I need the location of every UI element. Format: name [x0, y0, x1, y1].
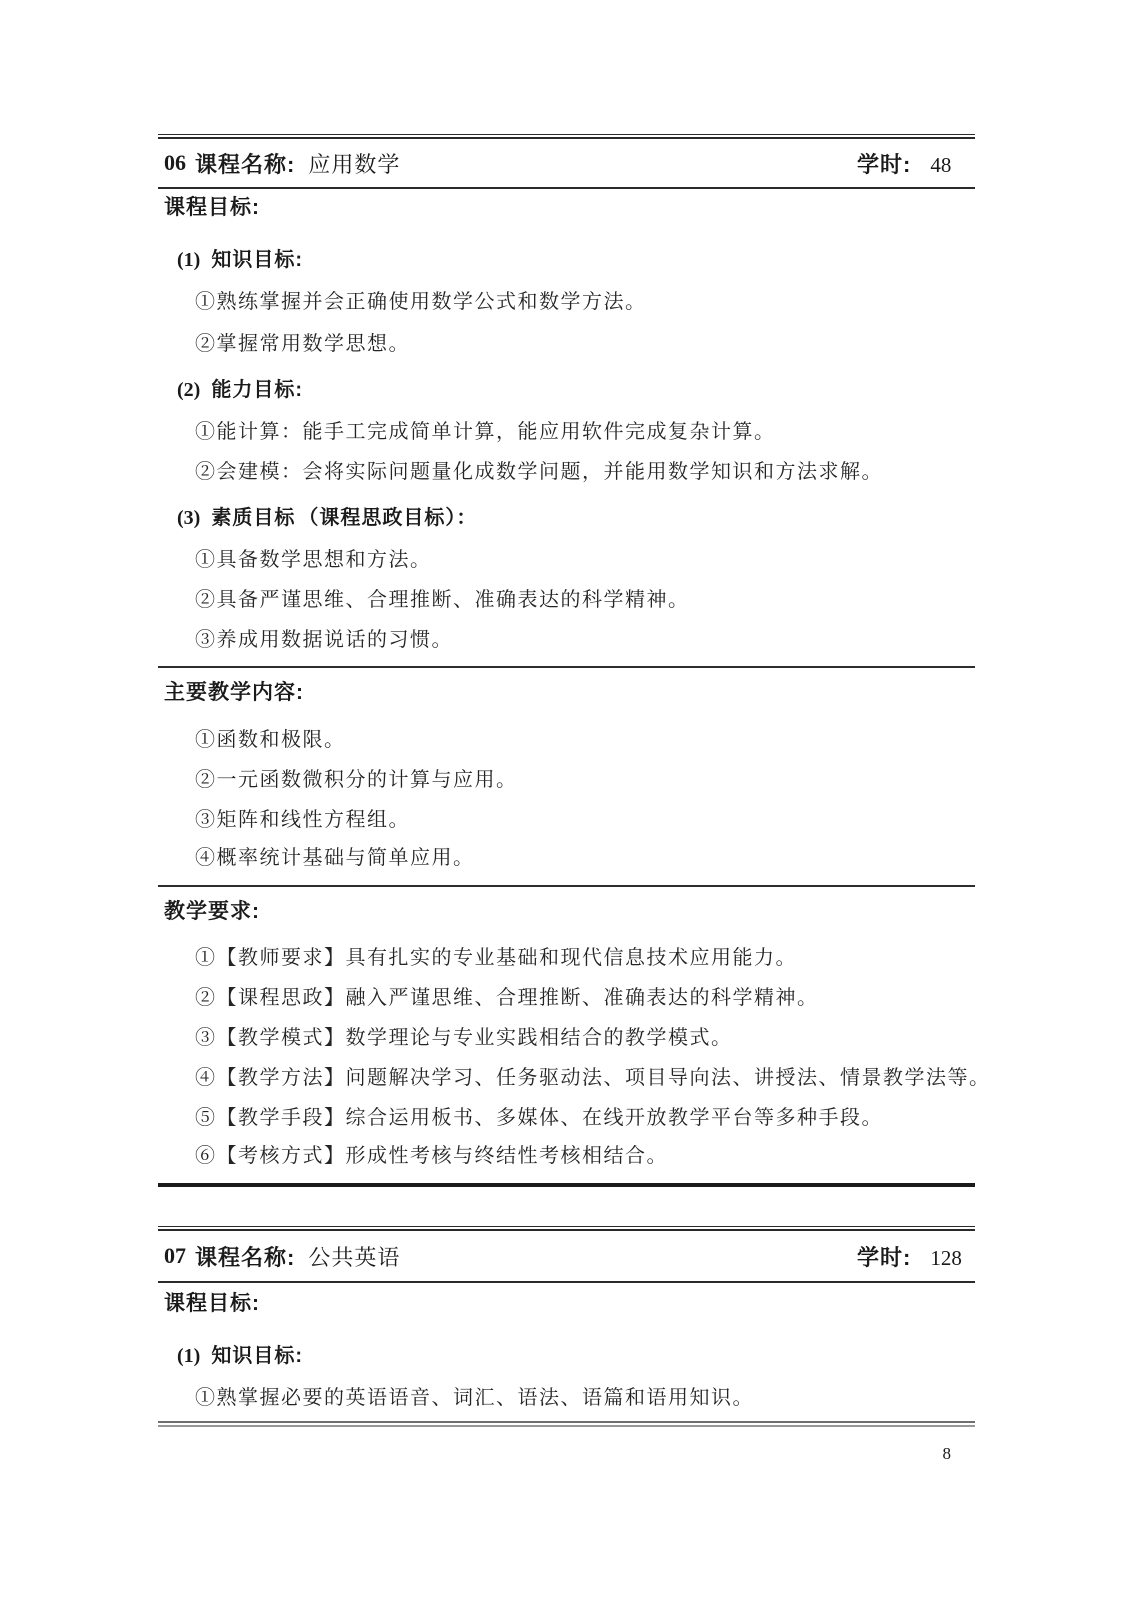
subheading-number: (2)	[177, 378, 200, 402]
course-hours: 学时: 128	[857, 1241, 975, 1272]
course-07-header: 07 课程名称: 公共英语 学时: 128	[158, 1231, 975, 1283]
section-divider	[158, 885, 975, 887]
requirement-item: ⑥【考核方式】形成性考核与终结性考核相结合。	[158, 1144, 975, 1168]
course-06-bottom-border	[158, 1183, 975, 1187]
page-break-border	[158, 1421, 975, 1427]
hours-value: 128	[930, 1246, 962, 1271]
objective-item: ①具备数学思想和方法。	[158, 548, 975, 572]
course-hours: 学时: 48	[857, 148, 975, 179]
course-name: 应用数学	[308, 148, 400, 179]
course-name-label: 课程名称:	[195, 1241, 295, 1272]
course-name-label: 课程名称:	[195, 148, 295, 179]
knowledge-objectives-heading: (1) 知识目标:	[158, 248, 975, 272]
subheading-label: 能力目标:	[211, 378, 303, 402]
subheading-label: 素质目标	[211, 506, 295, 530]
objectives-heading: 课程目标:	[158, 197, 975, 219]
objective-item: ③养成用数据说话的习惯。	[158, 628, 975, 652]
course-code: 06	[164, 150, 186, 176]
subheading-label: 知识目标:	[211, 1344, 303, 1368]
teaching-requirements-heading: 教学要求:	[158, 901, 975, 923]
knowledge-objectives-heading: (1) 知识目标:	[158, 1344, 975, 1368]
quality-objectives-heading: (3) 素质目标 （课程思政目标）：	[158, 506, 975, 530]
requirement-item: ⑤【教学手段】综合运用板书、多媒体、在线开放教学平台等多种手段。	[158, 1106, 975, 1130]
hours-label: 学时:	[857, 1241, 911, 1272]
objective-item: ①熟练掌握并会正确使用数学公式和数学方法。	[158, 290, 975, 314]
course-code: 07	[164, 1243, 186, 1269]
teaching-content-heading: 主要教学内容:	[158, 682, 975, 704]
document-page: 06 课程名称: 应用数学 学时: 48 课程目标: (1) 知识目标: ①熟练…	[0, 0, 1131, 1600]
objective-item: ①能计算：能手工完成简单计算，能应用软件完成复杂计算。	[158, 420, 975, 444]
course-06-header: 06 课程名称: 应用数学 学时: 48	[158, 139, 975, 189]
ability-objectives-heading: (2) 能力目标:	[158, 378, 975, 402]
section-divider	[158, 666, 975, 668]
course-name: 公共英语	[308, 1241, 400, 1272]
subheading-number: (3)	[177, 506, 200, 530]
requirement-item: ②【课程思政】融入严谨思维、合理推断、准确表达的科学精神。	[158, 986, 975, 1010]
content-item: ④概率统计基础与简单应用。	[158, 846, 975, 870]
subheading-label: 知识目标:	[211, 248, 303, 272]
subheading-number: (1)	[177, 1344, 200, 1368]
requirement-item: ①【教师要求】具有扎实的专业基础和现代信息技术应用能力。	[158, 946, 975, 970]
page-content: 06 课程名称: 应用数学 学时: 48 课程目标: (1) 知识目标: ①熟练…	[158, 0, 975, 1465]
requirement-item: ③【教学模式】数学理论与专业实践相结合的教学模式。	[158, 1026, 975, 1050]
content-item: ①函数和极限。	[158, 728, 975, 752]
objective-item: ②会建模：会将实际问题量化成数学问题，并能用数学知识和方法求解。	[158, 460, 975, 484]
requirement-item: ④【教学方法】问题解决学习、任务驱动法、项目导向法、讲授法、情景教学法等。	[158, 1066, 975, 1090]
hours-value: 48	[930, 153, 951, 178]
page-number: 8	[158, 1443, 975, 1465]
objectives-heading: 课程目标:	[158, 1293, 975, 1315]
content-item: ③矩阵和线性方程组。	[158, 808, 975, 832]
content-item: ②一元函数微积分的计算与应用。	[158, 768, 975, 792]
hours-label: 学时:	[857, 148, 911, 179]
subheading-number: (1)	[177, 248, 200, 272]
objective-item: ②具备严谨思维、合理推断、准确表达的科学精神。	[158, 588, 975, 612]
subheading-suffix: （课程思政目标）：	[298, 506, 477, 530]
objective-item: ②掌握常用数学思想。	[158, 332, 975, 356]
objective-item: ①熟掌握必要的英语语音、词汇、语法、语篇和语用知识。	[158, 1386, 975, 1410]
